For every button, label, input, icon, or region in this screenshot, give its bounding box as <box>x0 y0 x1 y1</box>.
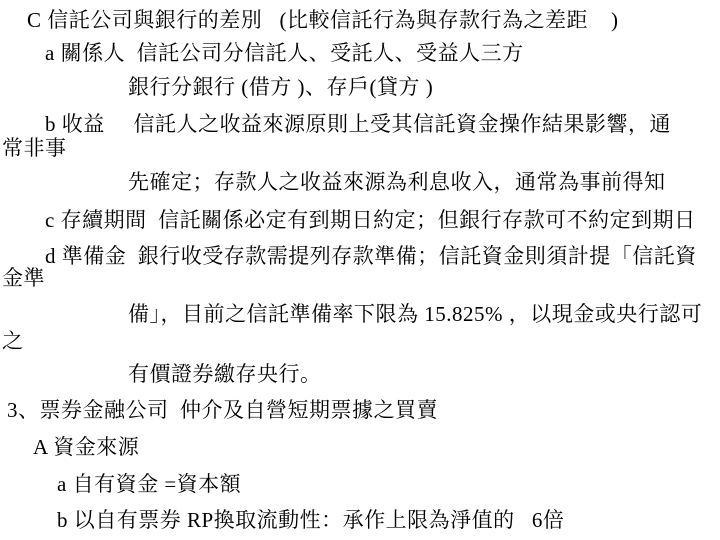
line-bank-parties: 銀行分銀行 (借方 )、存戶(貸方 ) <box>128 75 433 99</box>
line-reserve-rate-wrap: 之 <box>2 329 24 353</box>
line-income-continued: 先確定；存款人之收益來源為利息收入，通常為事前得知 <box>128 170 666 194</box>
item-c-duration: c 存續期間 信託關係必定有到期日約定；但銀行存款可不約定到期日 <box>45 208 696 232</box>
item-b-income: b 收益 信託人之收益來源原則上受其信託資金操作結果影響，通 <box>45 112 671 136</box>
heading-bills-finance-company: 3、票券金融公司 仲介及自營短期票據之買賣 <box>7 398 438 422</box>
item-a-funding-sources: A 資金來源 <box>33 435 139 459</box>
item-b-rp-liquidity: b 以自有票券 RP換取流動性：承作上限為淨值的 6倍 <box>57 508 564 532</box>
slide-page: C 信託公司與銀行的差別 (比較信託行為與存款行為之差距 ) a 關係人 信託公… <box>0 0 720 540</box>
heading-trust-vs-bank: C 信託公司與銀行的差別 (比較信託行為與存款行為之差距 ) <box>27 8 619 32</box>
item-b-income-wrap: 常非事 <box>2 136 67 160</box>
item-a-related-parties: a 關係人 信託公司分信託人、受託人、受益人三方 <box>45 41 524 65</box>
line-securities-deposit: 有價證券繳存央行。 <box>128 362 322 386</box>
item-a-own-funds: a 自有資金 =資本額 <box>57 472 241 496</box>
line-reserve-rate: 備」，目前之信託準備率下限為 15.825% ，以現金或央行認可 <box>128 302 702 326</box>
item-d-reserve: d 準備金 銀行收受存款需提列存款準備；信託資金則須計提「信託資 <box>45 244 697 268</box>
item-d-reserve-wrap: 金準 <box>2 266 45 290</box>
